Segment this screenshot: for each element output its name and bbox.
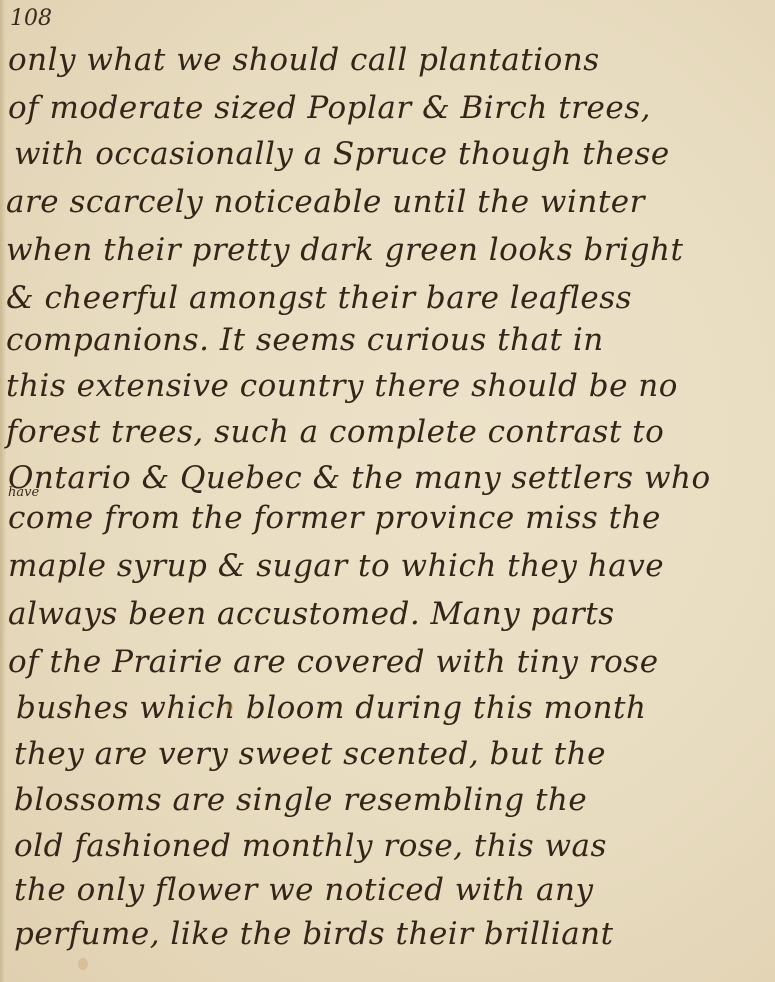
manuscript-page: 108 only what we should call plantations… bbox=[0, 0, 775, 982]
text-line: always been accustomed. Many parts bbox=[8, 596, 615, 632]
text-line: only what we should call plantations bbox=[8, 42, 600, 78]
text-line: Ontario & Quebec & the many settlers who bbox=[8, 460, 711, 496]
text-line: forest trees, such a complete contrast t… bbox=[6, 414, 664, 450]
text-line: perfume, like the birds their brilliant bbox=[14, 916, 614, 952]
text-line: old fashioned monthly rose, this was bbox=[14, 828, 607, 864]
text-line: of moderate sized Poplar & Birch trees, bbox=[8, 90, 651, 126]
ink-spot bbox=[226, 703, 233, 712]
page-number: 108 bbox=[10, 6, 52, 31]
text-line: blossoms are single resembling the bbox=[14, 782, 587, 818]
text-line: with occasionally a Spruce though these bbox=[14, 136, 670, 172]
text-line: this extensive country there should be n… bbox=[6, 368, 678, 404]
binding-edge bbox=[0, 0, 6, 982]
text-line: maple syrup & sugar to which they have bbox=[8, 548, 664, 584]
text-line: they are very sweet scented, but the bbox=[14, 736, 606, 772]
text-line: are scarcely noticeable until the winter bbox=[6, 184, 645, 220]
text-line: & cheerful amongst their bare leafless bbox=[6, 280, 632, 316]
text-line: bushes which bloom during this month bbox=[16, 690, 646, 726]
text-line: the only flower we noticed with any bbox=[14, 872, 593, 908]
interlinear-insertion: have bbox=[8, 485, 39, 500]
text-line: companions. It seems curious that in bbox=[6, 322, 604, 358]
paper-stain bbox=[78, 958, 88, 970]
text-line: of the Prairie are covered with tiny ros… bbox=[8, 644, 659, 680]
text-line: when their pretty dark green looks brigh… bbox=[6, 232, 683, 268]
text-line: come from the former province miss the bbox=[8, 500, 661, 536]
